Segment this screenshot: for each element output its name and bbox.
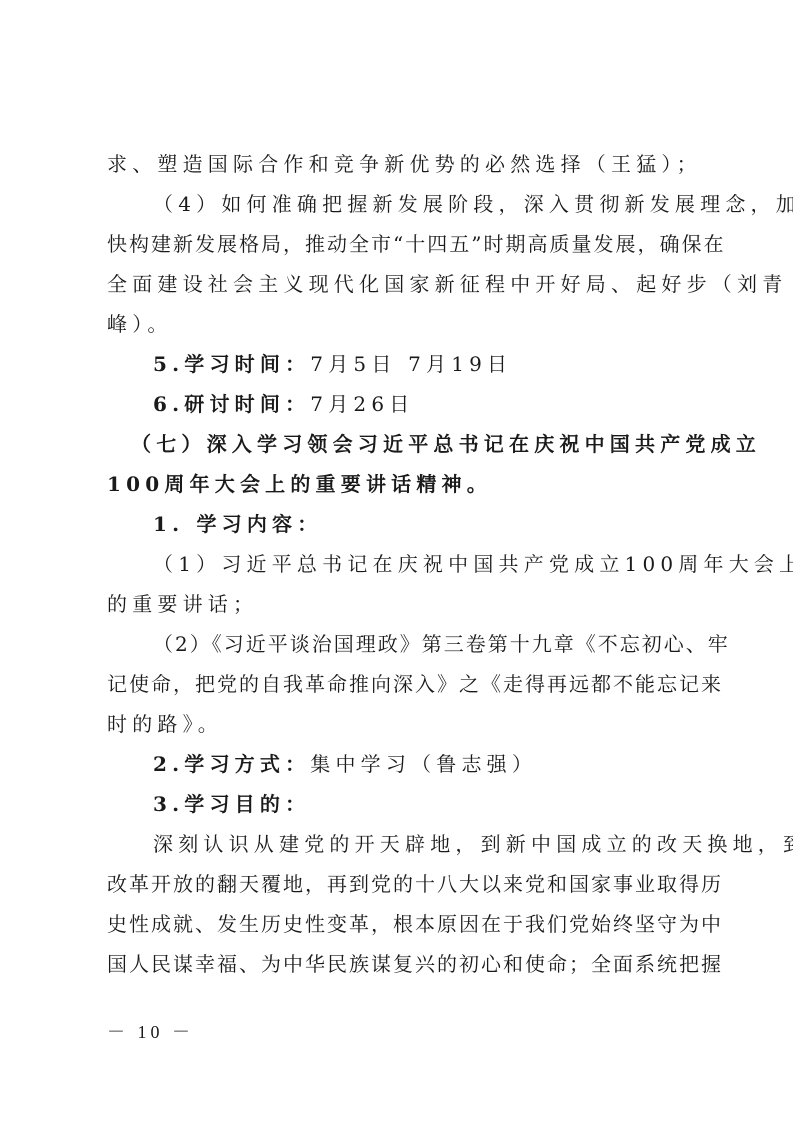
study-purpose-text: 深刻认识从建党的开天辟地，到新中国成立的改天换地，到 <box>107 824 697 864</box>
body-text-line: 峰）。 <box>107 304 697 344</box>
body-text-line: 快构建新发展格局，推动全市“十四五”时期高质量发展，确保在 <box>107 224 697 264</box>
study-purpose-text: 史性成就、发生历史性变革，根本原因在于我们党始终坚守为中 <box>107 904 697 944</box>
study-time-value: 7月5日 7月19日 <box>310 352 512 376</box>
section-heading: （七）深入学习领会习近平总书记在庆祝中国共产党成立 <box>107 424 697 464</box>
study-content-label: 1. 学习内容： <box>107 504 697 544</box>
study-purpose-text: 改革开放的翻天覆地，再到党的十八大以来党和国家事业取得历 <box>107 864 697 904</box>
body-text-line: （4）如何准确把握新发展阶段，深入贯彻新发展理念，加 <box>107 184 697 224</box>
study-method-row: 2.学习方式：集中学习（鲁志强） <box>107 744 697 784</box>
study-method-value: 集中学习（鲁志强） <box>310 752 537 776</box>
section-heading: 100周年大会上的重要讲话精神。 <box>107 464 697 504</box>
body-text-line: 全面建设社会主义现代化国家新征程中开好局、起好步（刘青 <box>107 264 697 304</box>
study-time-label: 5.学习时间： <box>153 352 310 376</box>
study-content-item: （1）习近平总书记在庆祝中国共产党成立100周年大会上 <box>107 544 697 584</box>
study-purpose-text: 国人民谋幸福、为中华民族谋复兴的初心和使命；全面系统把握 <box>107 944 697 984</box>
study-content-item: （2）《习近平谈治国理政》第三卷第十九章《不忘初心、牢 <box>107 624 697 664</box>
body-text-line: 求、塑造国际合作和竞争新优势的必然选择（王猛）； <box>107 144 697 184</box>
study-content-item: 时的路》。 <box>107 704 697 744</box>
study-content-item: 的重要讲话； <box>107 584 697 624</box>
discussion-time-row: 6.研讨时间：7月26日 <box>107 384 697 424</box>
document-page: 求、塑造国际合作和竞争新优势的必然选择（王猛）； （4）如何准确把握新发展阶段，… <box>107 144 697 984</box>
discussion-time-label: 6.研讨时间： <box>153 392 310 416</box>
study-content-item: 记使命，把党的自我革命推向深入》之《走得再远都不能忘记来 <box>107 664 697 704</box>
study-method-label: 2.学习方式： <box>153 752 310 776</box>
study-time-row: 5.学习时间：7月5日 7月19日 <box>107 344 697 384</box>
page-number: － 10 － <box>107 1018 194 1044</box>
discussion-time-value: 7月26日 <box>310 392 414 416</box>
study-purpose-label: 3.学习目的： <box>107 784 697 824</box>
